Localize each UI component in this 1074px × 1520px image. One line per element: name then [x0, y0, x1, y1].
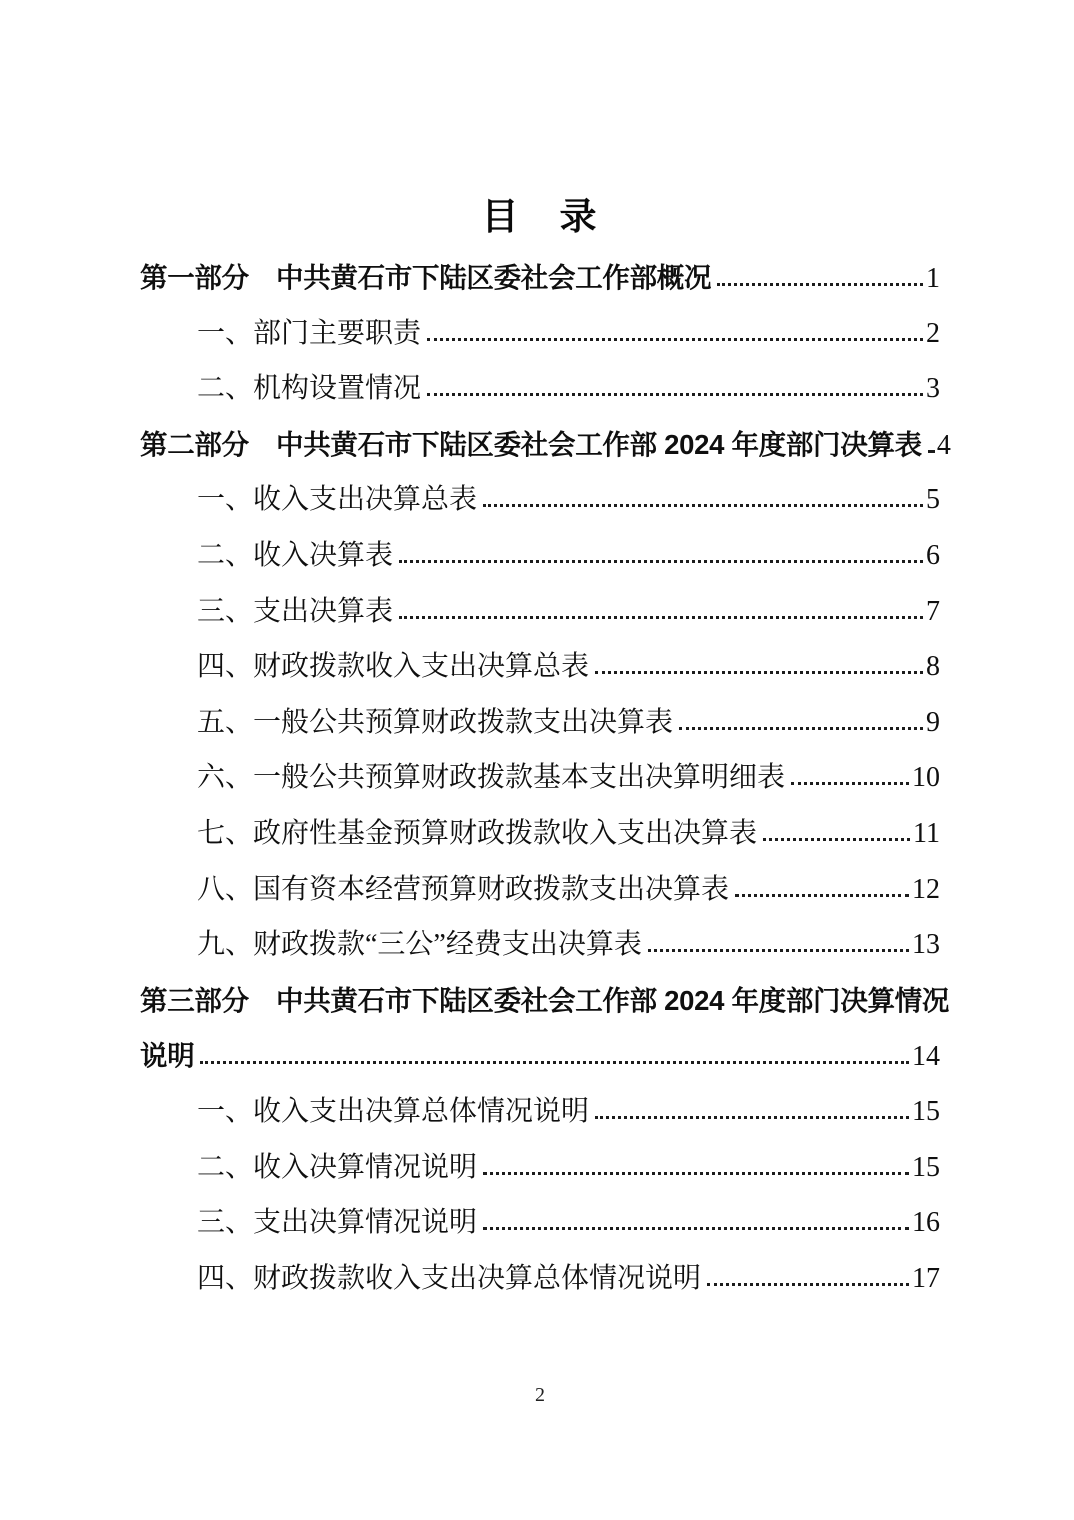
toc-dot-leader	[399, 560, 923, 563]
toc-entry-row: 三、支出决算表7	[140, 584, 940, 640]
toc-entry-text: 四、财政拨款收入支出决算总体情况说明	[197, 1251, 701, 1307]
toc-page-number: 7	[926, 584, 940, 640]
toc-entry-row: 四、财政拨款收入支出决算总表8	[140, 639, 940, 695]
toc-entry-row: 九、财政拨款“三公”经费支出决算表13	[140, 917, 940, 973]
toc-dot-leader	[791, 782, 909, 785]
toc-dot-leader	[427, 338, 923, 341]
toc-page-number: 10	[912, 750, 940, 806]
toc-page-number: 6	[926, 528, 940, 584]
toc-page-number: 14	[912, 1029, 940, 1085]
toc-entry-row: 五、一般公共预算财政拨款支出决算表9	[140, 695, 940, 751]
toc-page-number: 1	[926, 251, 940, 307]
toc-entry-row: 第三部分 中共黄石市下陆区委社会工作部 2024 年度部门决算情况	[140, 973, 940, 1029]
toc-entry-row: 一、部门主要职责2	[140, 306, 940, 362]
toc-entry-text: 第一部分 中共黄石市下陆区委社会工作部概况	[140, 250, 711, 306]
toc-entry-row: 三、支出决算情况说明16	[140, 1195, 940, 1251]
toc-page-number: 2	[926, 306, 940, 362]
toc-entry-text: 一、收入支出决算总体情况说明	[197, 1084, 589, 1140]
toc-dot-leader	[595, 671, 923, 674]
toc-entry-text: 三、支出决算情况说明	[197, 1195, 477, 1251]
toc-dot-leader	[483, 1172, 909, 1175]
toc-entry-row: 二、机构设置情况3	[140, 361, 940, 417]
document-page: 目 录 第一部分 中共黄石市下陆区委社会工作部概况1一、部门主要职责2二、机构设…	[0, 0, 1074, 1520]
toc-page-number: 16	[912, 1195, 940, 1251]
toc-entry-row: 二、收入决算表6	[140, 528, 940, 584]
toc-entry-row: 第二部分 中共黄石市下陆区委社会工作部 2024 年度部门决算表4	[140, 417, 940, 473]
toc-dot-leader	[483, 504, 923, 507]
toc-page-number: 15	[912, 1140, 940, 1196]
toc-entry-text: 二、收入决算情况说明	[197, 1140, 477, 1196]
toc-dot-leader	[679, 727, 923, 730]
toc-entry-text: 四、财政拨款收入支出决算总表	[197, 639, 589, 695]
toc-page-number: 3	[926, 361, 940, 417]
toc-entry-text: 二、收入决算表	[197, 528, 393, 584]
toc-entry-text: 说明	[140, 1028, 194, 1084]
toc-entry-text: 第三部分 中共黄石市下陆区委社会工作部 2024 年度部门决算情况	[140, 973, 949, 1029]
toc-entry-row: 一、收入支出决算总表5	[140, 472, 940, 528]
toc-entry-text: 五、一般公共预算财政拨款支出决算表	[197, 695, 673, 751]
toc-page-number: 12	[912, 862, 940, 918]
toc-page-number: 17	[912, 1251, 940, 1307]
toc-dot-leader	[595, 1116, 909, 1119]
toc-entry-row: 七、政府性基金预算财政拨款收入支出决算表11	[140, 806, 940, 862]
footer-page-number: 2	[140, 1382, 940, 1408]
toc-entry-row: 四、财政拨款收入支出决算总体情况说明17	[140, 1251, 940, 1307]
toc-list: 第一部分 中共黄石市下陆区委社会工作部概况1一、部门主要职责2二、机构设置情况3…	[140, 250, 940, 1306]
toc-page-number: 5	[926, 472, 940, 528]
toc-dot-leader	[427, 393, 923, 396]
toc-dot-leader	[928, 450, 934, 453]
toc-page-number: 9	[926, 695, 940, 751]
toc-dot-leader	[735, 894, 909, 897]
toc-entry-text: 九、财政拨款“三公”经费支出决算表	[197, 917, 642, 973]
toc-title: 目 录	[140, 196, 940, 240]
toc-entry-row: 说明14	[140, 1028, 940, 1084]
toc-dot-leader	[717, 283, 923, 286]
toc-page-number: 4	[937, 418, 951, 474]
toc-dot-leader	[648, 949, 909, 952]
toc-entry-text: 七、政府性基金预算财政拨款收入支出决算表	[197, 806, 757, 862]
toc-page-number: 15	[912, 1084, 940, 1140]
toc-dot-leader	[707, 1283, 909, 1286]
toc-page-number: 8	[926, 639, 940, 695]
toc-entry-text: 二、机构设置情况	[197, 361, 421, 417]
toc-entry-text: 一、部门主要职责	[197, 306, 421, 362]
toc-entry-row: 六、一般公共预算财政拨款基本支出决算明细表10	[140, 750, 940, 806]
toc-entry-text: 一、收入支出决算总表	[197, 472, 477, 528]
toc-entry-row: 一、收入支出决算总体情况说明15	[140, 1084, 940, 1140]
toc-dot-leader	[200, 1061, 909, 1064]
toc-entry-text: 六、一般公共预算财政拨款基本支出决算明细表	[197, 750, 785, 806]
toc-page-number: 13	[912, 917, 940, 973]
toc-entry-row: 二、收入决算情况说明15	[140, 1140, 940, 1196]
toc-dot-leader	[399, 616, 923, 619]
toc-entry-text: 第二部分 中共黄石市下陆区委社会工作部 2024 年度部门决算表	[140, 417, 922, 473]
toc-entry-text: 三、支出决算表	[197, 584, 393, 640]
toc-entry-row: 八、国有资本经营预算财政拨款支出决算表12	[140, 862, 940, 918]
toc-entry-text: 八、国有资本经营预算财政拨款支出决算表	[197, 862, 729, 918]
toc-entry-row: 第一部分 中共黄石市下陆区委社会工作部概况1	[140, 250, 940, 306]
toc-dot-leader	[483, 1227, 909, 1230]
toc-page-number: 11	[913, 806, 940, 862]
toc-dot-leader	[763, 838, 910, 841]
